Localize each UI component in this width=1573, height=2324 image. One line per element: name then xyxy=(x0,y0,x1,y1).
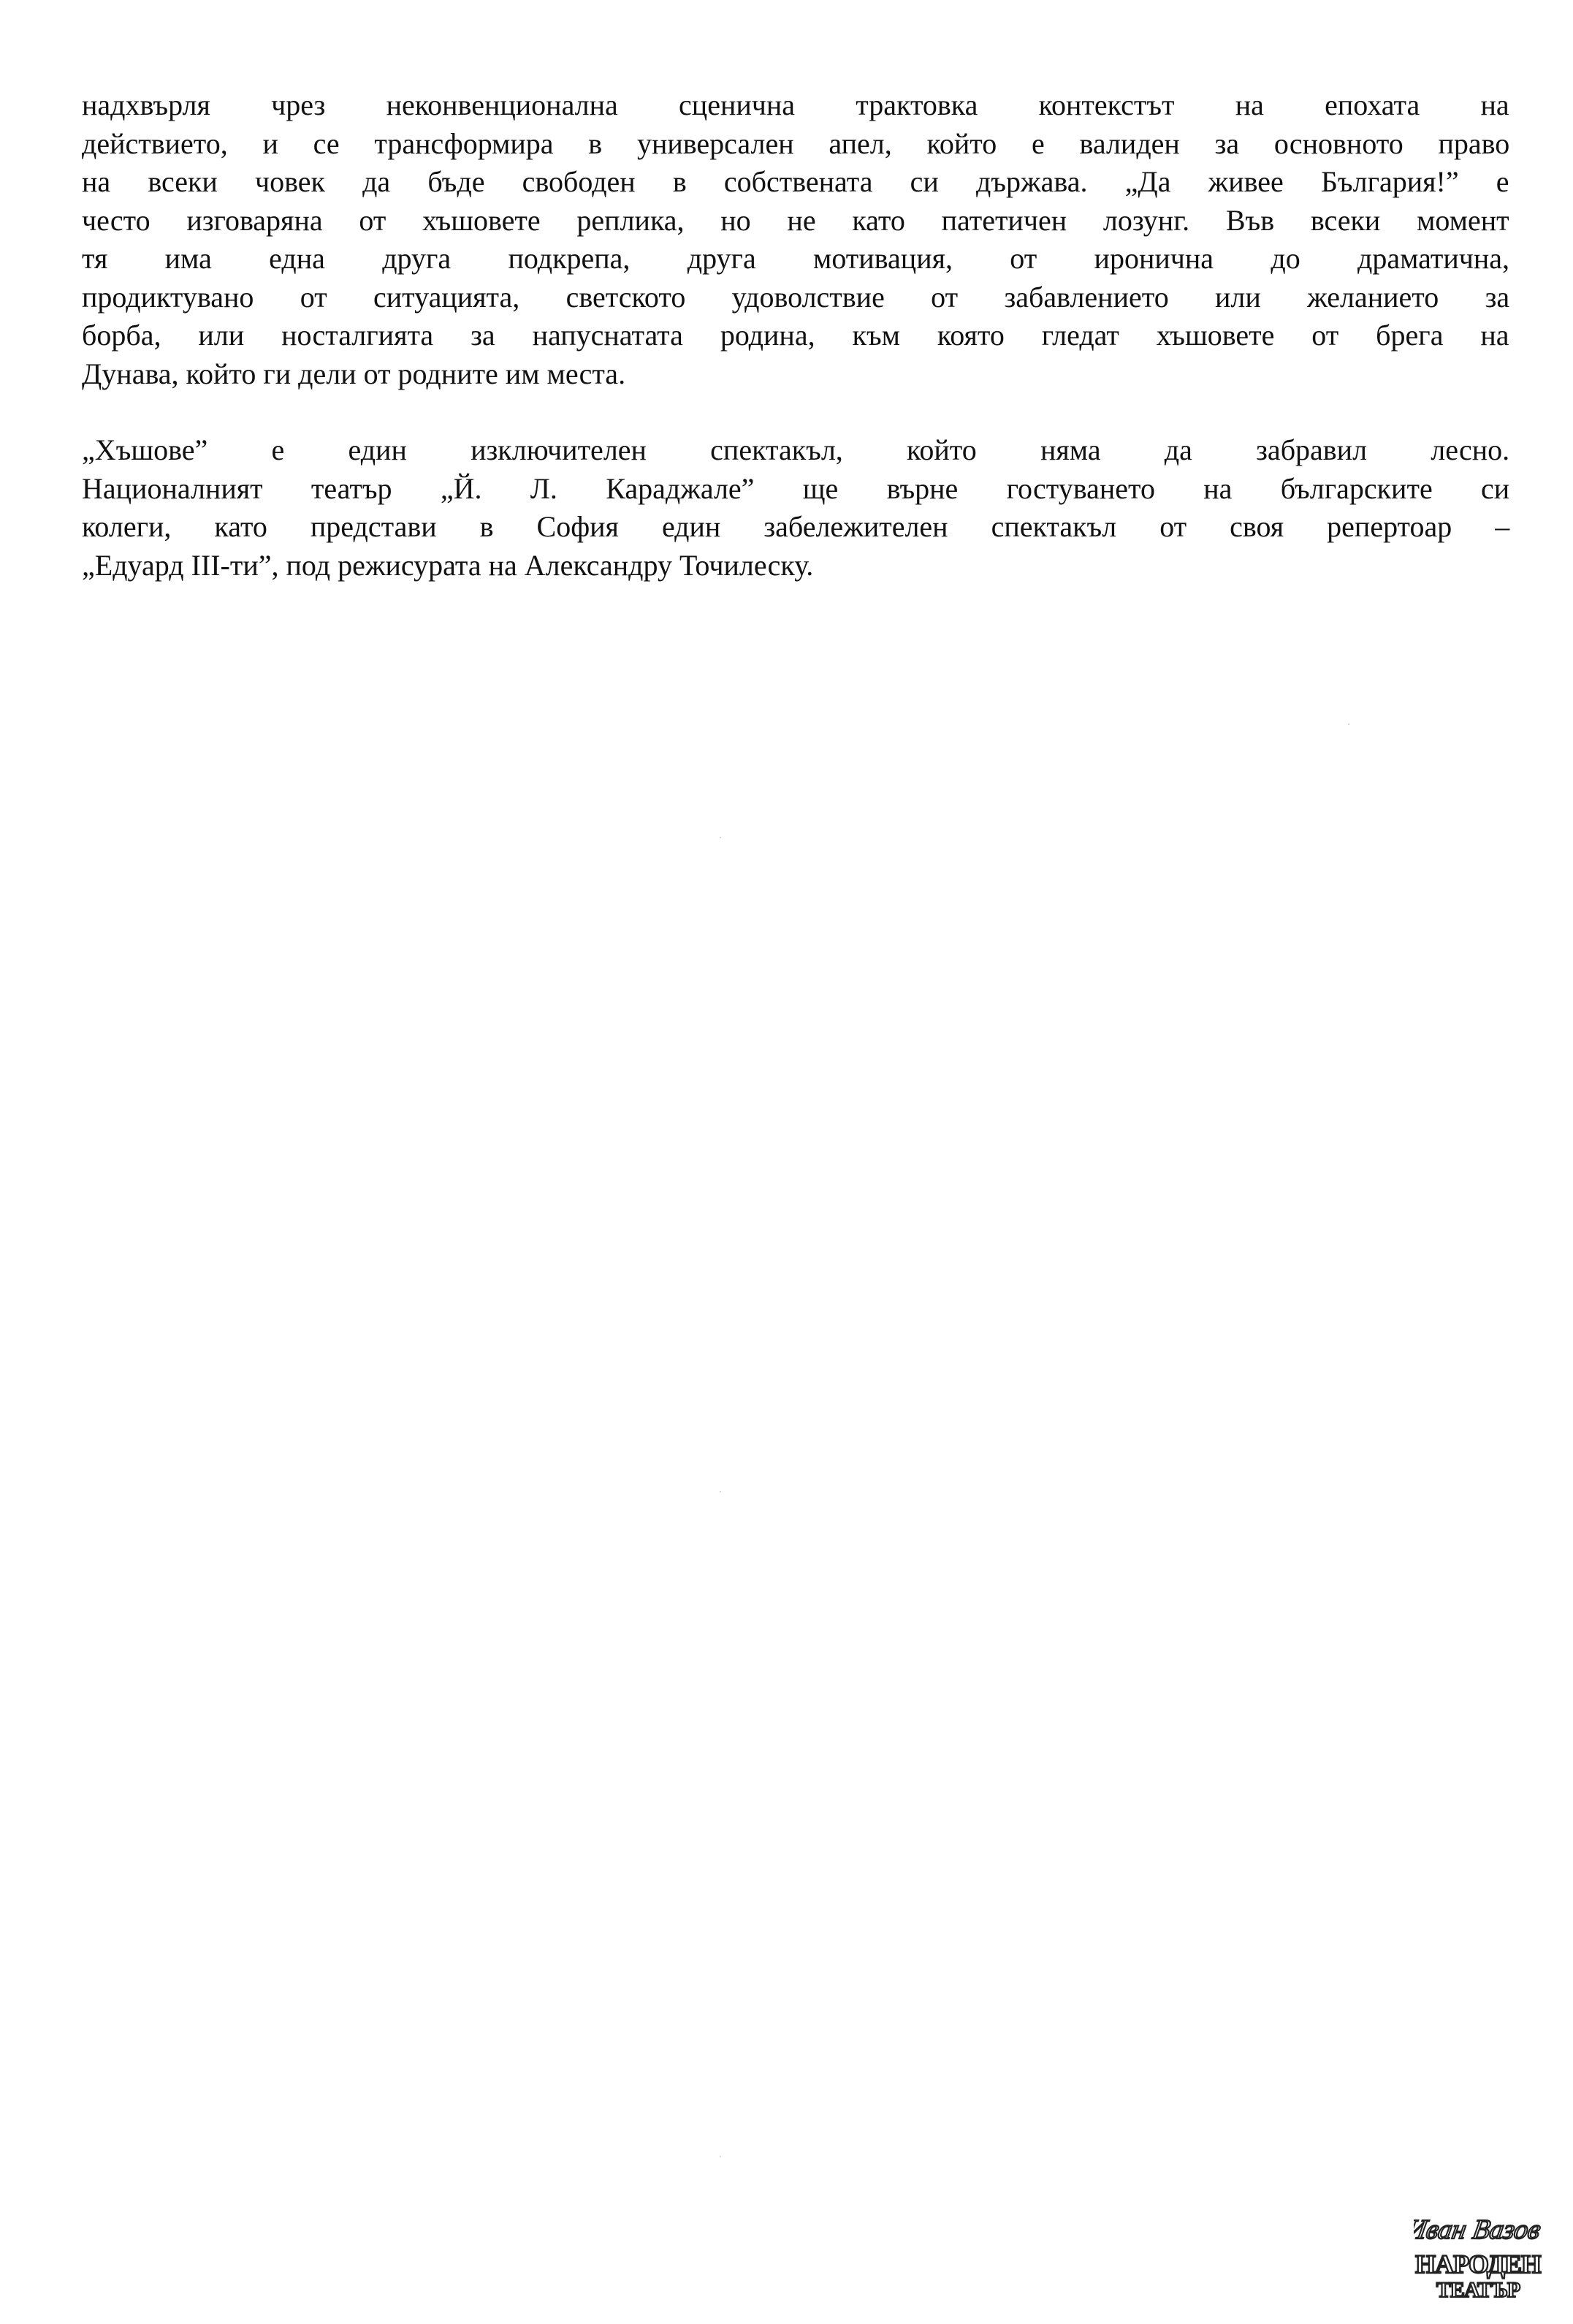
text-line: „Едуард III-ти”, под режисурата на Алекс… xyxy=(82,547,1509,585)
scan-speck xyxy=(720,837,721,838)
scan-speck xyxy=(720,1491,721,1492)
text-line: често изговаряна от хъшовете реплика, но… xyxy=(82,202,1509,240)
text-line: тя има една друга подкрепа, друга мотива… xyxy=(82,240,1509,278)
text-line: продиктувано от ситуацията, светското уд… xyxy=(82,278,1509,317)
logo-line1: НАРОДЕН xyxy=(1415,2249,1542,2279)
scan-speck xyxy=(720,2156,721,2157)
text-line: „Хъшове” е един изключителен спектакъл, … xyxy=(82,431,1509,470)
scan-speck xyxy=(1348,724,1349,725)
logo-signature: Иван Вазов xyxy=(1414,2214,1542,2245)
text-line: на всеки човек да бъде свободен в собств… xyxy=(82,163,1509,202)
text-line: колеги, като представи в София един забе… xyxy=(82,508,1509,547)
text-line: надхвърля чрез неконвенционална сценична… xyxy=(82,86,1509,125)
text-line: борба, или носталгията за напуснатата ро… xyxy=(82,316,1509,355)
text-line: действието, и се трансформира в универса… xyxy=(82,125,1509,164)
text-line: Националният театър „Й. Л. Караджале” ще… xyxy=(82,470,1509,509)
paragraph-1: надхвърля чрез неконвенционална сценична… xyxy=(82,86,1509,393)
document-body: надхвърля чрез неконвенционална сценична… xyxy=(82,86,1509,585)
text-line: Дунава, който ги дели от родните им мест… xyxy=(82,355,1509,394)
logo-line2: ТЕАТЪР xyxy=(1436,2278,1520,2302)
paragraph-2: „Хъшове” е един изключителен спектакъл, … xyxy=(82,431,1509,585)
theatre-logo-icon: Иван Вазов НАРОДЕН ТЕАТЪР xyxy=(1414,2203,1542,2313)
